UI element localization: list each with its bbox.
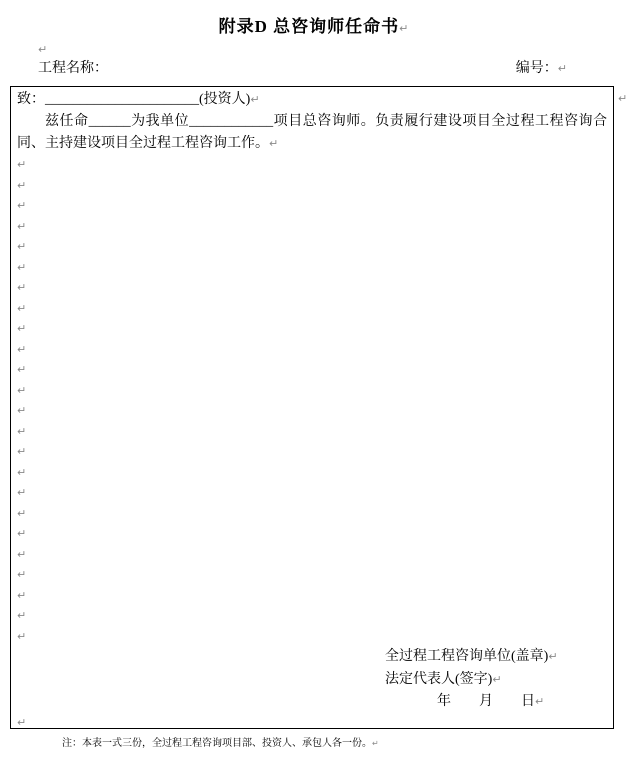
paragraph-mark-icon: ↵ — [17, 425, 26, 438]
empty-paragraph-line: ↵ — [17, 277, 607, 298]
footer-note: 注：本表一式三份，全过程工程咨询项目部、投资人、承包人各一份。↵ — [62, 737, 627, 751]
paragraph-mark-icon: ↵ — [38, 43, 47, 56]
empty-paragraph-line: ↵ — [17, 380, 607, 401]
empty-paragraph-line: ↵ — [38, 40, 627, 58]
table-row-end-mark-icon: ↵ — [618, 92, 627, 105]
paragraph-mark-icon: ↵ — [17, 281, 26, 294]
consultant-name-blank-field[interactable]: ______ — [89, 114, 131, 129]
paragraph-mark-icon: ↵ — [399, 22, 408, 35]
paragraph-mark-icon: ↵ — [17, 466, 26, 479]
empty-paragraph-line: ↵ — [17, 195, 607, 216]
paragraph-mark-icon: ↵ — [17, 322, 26, 335]
document-title: 附录D 总咨询师任命书↵ — [0, 0, 627, 40]
paragraph-mark-icon: ↵ — [492, 673, 501, 686]
paragraph-mark-icon: ↵ — [17, 486, 26, 499]
empty-lines: ↵↵↵↵↵↵↵↵↵↵↵↵↵↵↵↵↵↵↵↵↵↵↵↵ — [17, 154, 607, 646]
paragraph-mark-icon: ↵ — [17, 716, 26, 729]
paragraph-mark-icon: ↵ — [17, 240, 26, 253]
paragraph-mark-icon: ↵ — [17, 199, 26, 212]
investor-blank-field[interactable]: ______________________ — [45, 92, 199, 107]
empty-paragraph-line: ↵ — [17, 605, 607, 626]
empty-paragraph-line: ↵ — [17, 503, 607, 524]
paragraph-mark-icon: ↵ — [17, 507, 26, 520]
title-text: 附录D 总咨询师任命书 — [219, 17, 400, 36]
empty-paragraph-line: ↵ — [17, 400, 607, 421]
appointment-form-box: 致：______________________(投资人)↵ 兹任命______… — [10, 86, 614, 729]
empty-paragraph-line: ↵ — [17, 482, 607, 503]
paragraph-mark-icon: ↵ — [17, 363, 26, 376]
paragraph-mark-icon: ↵ — [17, 548, 26, 561]
note-text: 注：本表一式三份，全过程工程咨询项目部、投资人、承包人各一份。 — [62, 738, 372, 749]
number-label: 编号： — [516, 61, 558, 76]
to-label: 致： — [17, 92, 45, 107]
paragraph-mark-icon: ↵ — [17, 404, 26, 417]
paragraph-mark-icon: ↵ — [17, 384, 26, 397]
header-row: 工程名称： 编号：↵ — [0, 58, 627, 80]
empty-paragraph-line: ↵ — [17, 359, 607, 380]
unit-name-blank-field[interactable]: ____________ — [189, 114, 273, 129]
paragraph-mark-icon: ↵ — [17, 179, 26, 192]
empty-paragraph-line: ↵ — [17, 298, 607, 319]
empty-paragraph-line: ↵ — [17, 339, 607, 360]
signature-unit-line: 全过程工程咨询单位(盖章)↵ — [385, 646, 607, 669]
signature-representative-line: 法定代表人(签字)↵ — [385, 669, 607, 692]
empty-paragraph-line: ↵ — [17, 421, 607, 442]
paragraph-mark-icon: ↵ — [548, 650, 557, 663]
paragraph-mark-icon: ↵ — [17, 302, 26, 315]
empty-paragraph-line: ↵ — [17, 544, 607, 565]
appointment-paragraph: 兹任命______为我单位____________项目总咨询师。负责履行建设项目… — [17, 111, 607, 154]
legal-representative-label: 法定代表人(签字) — [385, 672, 492, 687]
appoint-middle: 为我单位 — [131, 114, 190, 129]
empty-paragraph-line: ↵ — [17, 714, 607, 730]
date-label: 年 月 日 — [437, 694, 535, 709]
empty-paragraph-line: ↵ — [17, 441, 607, 462]
paragraph-mark-icon: ↵ — [558, 62, 567, 75]
paragraph-mark-icon: ↵ — [17, 220, 26, 233]
paragraph-mark-icon: ↵ — [17, 609, 26, 622]
empty-paragraph-line: ↵ — [17, 236, 607, 257]
empty-paragraph-line: ↵ — [17, 216, 607, 237]
empty-paragraph-line: ↵ — [17, 626, 607, 647]
paragraph-mark-icon: ↵ — [17, 261, 26, 274]
number-field[interactable]: 编号：↵ — [516, 58, 567, 80]
appoint-prefix: 兹任命 — [45, 114, 89, 129]
empty-paragraph-line: ↵ — [17, 175, 607, 196]
paragraph-mark-icon: ↵ — [17, 158, 26, 171]
paragraph-mark-icon: ↵ — [269, 137, 278, 150]
paragraph-mark-icon: ↵ — [17, 630, 26, 643]
empty-paragraph-line: ↵ — [17, 462, 607, 483]
paragraph-mark-icon: ↵ — [535, 695, 544, 708]
empty-paragraph-line: ↵ — [17, 318, 607, 339]
paragraph-mark-icon: ↵ — [372, 739, 379, 748]
empty-paragraph-line: ↵ — [17, 564, 607, 585]
signature-block: 全过程工程咨询单位(盖章)↵ 法定代表人(签字)↵ 年 月 日↵ — [385, 646, 607, 714]
to-line: 致：______________________(投资人)↵ — [17, 89, 607, 111]
paragraph-mark-icon: ↵ — [17, 527, 26, 540]
empty-paragraph-line: ↵ — [17, 523, 607, 544]
empty-paragraph-line: ↵ — [17, 154, 607, 175]
document-page: 附录D 总咨询师任命书↵ ↵ 工程名称： 编号：↵ 致：____________… — [0, 0, 627, 759]
paragraph-mark-icon: ↵ — [17, 568, 26, 581]
paragraph-mark-icon: ↵ — [250, 93, 259, 106]
empty-paragraph-line: ↵ — [17, 257, 607, 278]
paragraph-mark-icon: ↵ — [17, 343, 26, 356]
investor-suffix: (投资人) — [199, 92, 250, 107]
empty-paragraph-line: ↵ — [17, 585, 607, 606]
paragraph-mark-icon: ↵ — [17, 445, 26, 458]
paragraph-mark-icon: ↵ — [17, 589, 26, 602]
unit-seal-label: 全过程工程咨询单位(盖章) — [385, 649, 548, 664]
signature-date-line: 年 月 日↵ — [385, 691, 607, 714]
project-name-label: 工程名称： — [38, 58, 108, 80]
